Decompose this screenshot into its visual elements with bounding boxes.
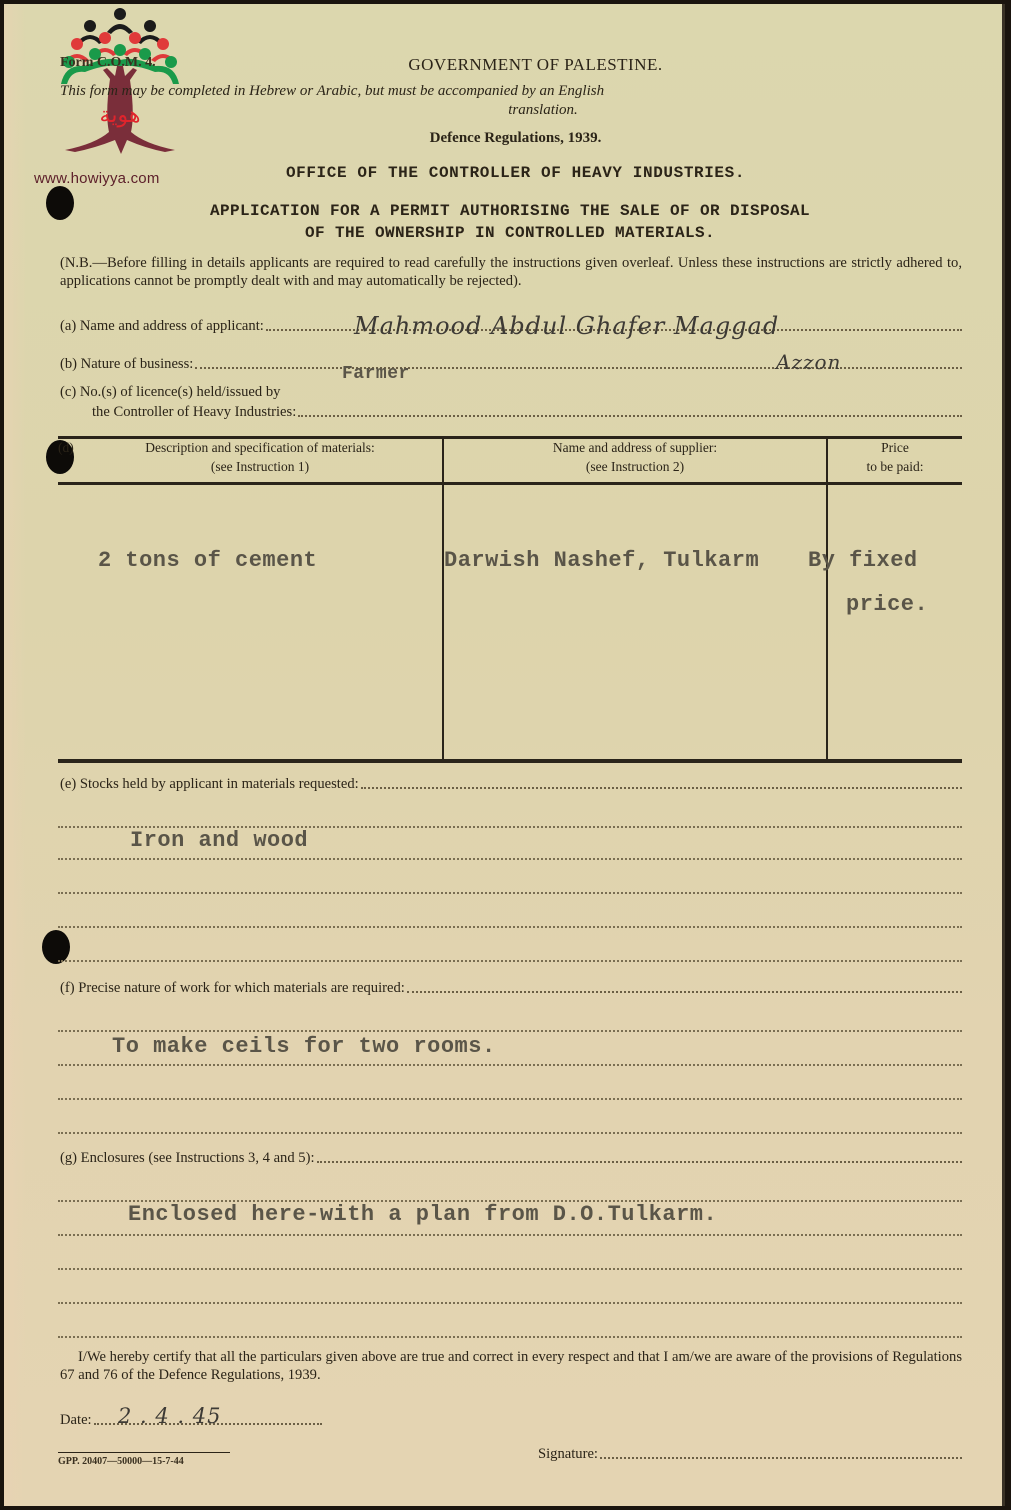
field-enclosures[interactable]: (g) Enclosures (see Instructions 3, 4 an… bbox=[60, 1150, 962, 1167]
field-licence-number[interactable]: the Controller of Heavy Industries: bbox=[92, 404, 962, 421]
applicant-name-value: Mahmood Abdul Ghafer Maggad bbox=[354, 312, 779, 340]
column-header-description: Description and specification of materia… bbox=[80, 438, 440, 476]
title-line-2: OF THE OWNERSHIP IN CONTROLLED MATERIALS… bbox=[60, 222, 960, 244]
table-col-divider bbox=[442, 436, 444, 761]
punch-hole bbox=[42, 930, 70, 964]
field-signature[interactable]: Signature: bbox=[538, 1446, 962, 1463]
field-label: (f) Precise nature of work for which mat… bbox=[60, 980, 405, 997]
date-value: 2 . 4 . 45 bbox=[118, 1404, 222, 1428]
table-cell-supplier[interactable]: Darwish Nashef, Tulkarm bbox=[444, 548, 824, 573]
applicant-address-value: Azzon bbox=[776, 350, 841, 374]
language-note: This form may be completed in Hebrew or … bbox=[60, 82, 966, 120]
title-line-1: APPLICATION FOR A PERMIT AUTHORISING THE… bbox=[60, 200, 960, 222]
field-label: (g) Enclosures (see Instructions 3, 4 an… bbox=[60, 1150, 315, 1167]
field-label: (b) Nature of business: bbox=[60, 356, 193, 373]
field-stocks-held[interactable]: (e) Stocks held by applicant in material… bbox=[60, 776, 962, 793]
stocks-held-value: Iron and wood bbox=[130, 828, 308, 853]
column-header-supplier: Name and address of supplier: (see Instr… bbox=[444, 438, 826, 476]
field-label: (e) Stocks held by applicant in material… bbox=[60, 776, 359, 793]
field-label: Date: bbox=[60, 1412, 92, 1429]
nature-of-business-value: Farmer bbox=[342, 364, 410, 384]
column-header-price: Price to be paid: bbox=[828, 438, 962, 476]
field-nature-of-work[interactable]: (f) Precise nature of work for which mat… bbox=[60, 980, 962, 997]
table-cell-price-line1[interactable]: By fixed bbox=[808, 548, 918, 573]
certification-text: I/We hereby certify that all the particu… bbox=[60, 1348, 962, 1384]
field-label: Signature: bbox=[538, 1446, 598, 1463]
section-d-label: (d) bbox=[58, 440, 74, 456]
application-title: APPLICATION FOR A PERMIT AUTHORISING THE… bbox=[60, 200, 960, 244]
print-code: GPP. 20407—50000—15-7-44 bbox=[58, 1452, 230, 1467]
field-label: the Controller of Heavy Industries: bbox=[92, 404, 296, 421]
instructions-note: (N.B.—Before filling in details applican… bbox=[60, 254, 962, 290]
table-cell-description[interactable]: 2 tons of cement bbox=[98, 548, 317, 573]
field-licence-label-1: (c) No.(s) of licence(s) held/issued by bbox=[60, 384, 280, 401]
table-cell-price-line2: price. bbox=[846, 592, 928, 617]
field-label: (a) Name and address of applicant: bbox=[60, 318, 264, 335]
office-heading: OFFICE OF THE CONTROLLER OF HEAVY INDUST… bbox=[0, 164, 1011, 182]
enclosures-value: Enclosed here-with a plan from D.O.Tulka… bbox=[128, 1202, 717, 1227]
government-heading: GOVERNMENT OF PALESTINE. bbox=[0, 55, 1011, 75]
table-col-divider bbox=[826, 436, 828, 761]
language-note-line1: This form may be completed in Hebrew or … bbox=[60, 82, 966, 101]
language-note-line2: translation. bbox=[60, 101, 966, 120]
nature-of-work-value: To make ceils for two rooms. bbox=[112, 1034, 496, 1059]
regulations-heading: Defence Regulations, 1939. bbox=[0, 130, 1011, 147]
